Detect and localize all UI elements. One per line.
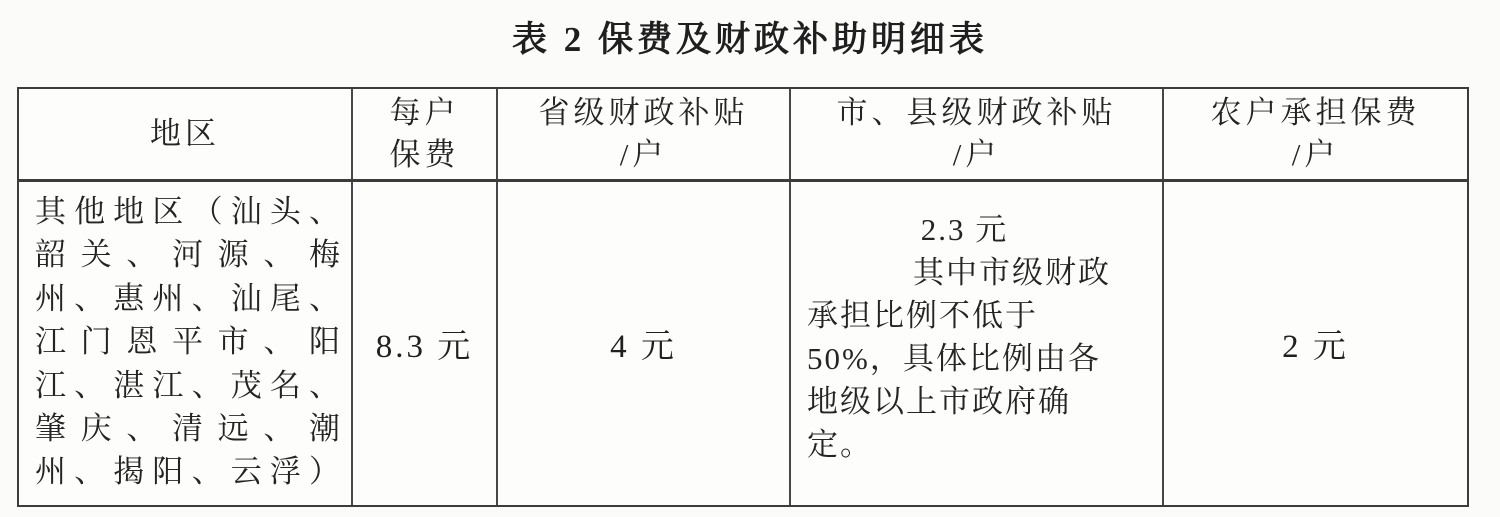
city-county-subsidy-note-line: 承担比例不低于 [803, 294, 1152, 337]
header-farmer-line-2: /户 [1292, 134, 1340, 176]
region-line: 江、湛江、茂名、 [35, 364, 341, 407]
header-provincial-subsidy: 省级财政补贴 /户 [498, 89, 791, 179]
header-provincial-line-1: 省级财政补贴 [539, 92, 749, 134]
header-city-county-subsidy: 市、县级财政补贴 /户 [791, 89, 1164, 179]
cell-premium-per-household: 8.3 元 [353, 182, 498, 505]
city-county-subsidy-note-line: 50%，具体比例由各 [803, 337, 1152, 380]
header-premium-line-2: 保费 [390, 134, 460, 176]
header-premium-line-1: 每户 [390, 92, 460, 134]
header-city-county-line-1: 市、县级财政补贴 [837, 92, 1117, 134]
cell-farmer-premium: 2 元 [1164, 182, 1467, 505]
city-county-subsidy-note-line: 其中市级财政 [803, 251, 1152, 294]
region-line: 肇庆、清远、潮 [35, 407, 341, 450]
city-county-subsidy-note-line: 地级以上市政府确 [803, 380, 1152, 423]
table-caption: 表 2 保费及财政补助明细表 [0, 12, 1500, 62]
cell-city-county-subsidy: 2.3 元 其中市级财政 承担比例不低于 50%，具体比例由各 地级以上市政府确… [791, 182, 1164, 505]
region-line: 州、惠州、汕尾、 [35, 277, 341, 320]
city-county-subsidy-note-line: 定。 [803, 423, 1152, 466]
header-farmer-premium: 农户承担保费 /户 [1164, 89, 1467, 179]
cell-provincial-subsidy: 4 元 [498, 182, 791, 505]
region-line: 江门恩平市、阳 [35, 320, 341, 363]
header-premium-per-household: 每户 保费 [353, 89, 498, 179]
table-data-row: 其他地区（汕头、 韶关、河源、梅 州、惠州、汕尾、 江门恩平市、阳 江、湛江、茂… [19, 182, 1467, 505]
header-region: 地区 [19, 89, 353, 179]
header-farmer-line-1: 农户承担保费 [1211, 92, 1421, 134]
subsidy-table: 地区 每户 保费 省级财政补贴 /户 市、县级财政补贴 /户 农户承担保费 /户… [17, 87, 1469, 507]
cell-region: 其他地区（汕头、 韶关、河源、梅 州、惠州、汕尾、 江门恩平市、阳 江、湛江、茂… [19, 182, 353, 505]
table-header-row: 地区 每户 保费 省级财政补贴 /户 市、县级财政补贴 /户 农户承担保费 /户 [19, 89, 1467, 182]
region-line: 州、揭阳、云浮） [35, 450, 341, 493]
city-county-subsidy-amount: 2.3 元 [803, 208, 1152, 251]
header-provincial-line-2: /户 [620, 134, 668, 176]
region-line: 其他地区（汕头、 [35, 190, 341, 233]
region-line: 韶关、河源、梅 [35, 233, 341, 276]
header-city-county-line-2: /户 [953, 134, 1001, 176]
header-region-label: 地区 [150, 113, 220, 155]
